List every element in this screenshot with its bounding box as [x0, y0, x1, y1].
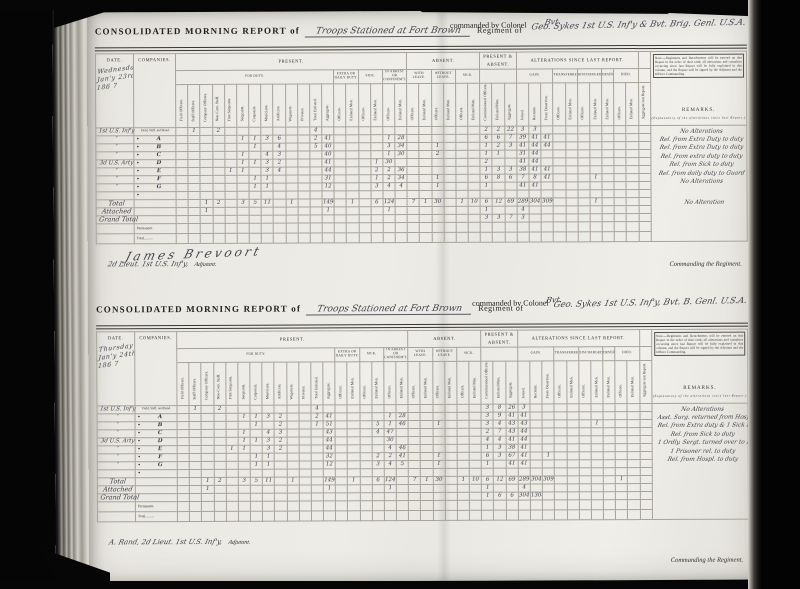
data-cell: [214, 429, 226, 437]
data-cell: [456, 126, 468, 134]
data-cell: [396, 468, 408, 476]
data-cell: 41: [518, 460, 530, 468]
data-cell: [176, 159, 188, 167]
data-cell: [177, 437, 189, 445]
data-cell: 34: [395, 142, 407, 150]
data-cell: [615, 451, 627, 459]
data-cell: [263, 501, 275, 511]
data-cell: [226, 429, 238, 437]
data-cell: [541, 181, 553, 189]
data-cell: [275, 453, 287, 461]
data-cell: [275, 477, 287, 485]
data-cell: [555, 509, 567, 519]
data-cell: [457, 420, 469, 428]
data-cell: [371, 232, 383, 242]
data-cell: [638, 157, 651, 165]
data-cell: [201, 413, 213, 421]
data-cell: 6: [371, 198, 383, 206]
data-cell: [626, 197, 638, 205]
form-title-row: CONSOLIDATED MORNING REPORT of Troops St…: [95, 24, 747, 47]
data-cell: [553, 149, 565, 157]
data-cell: [214, 511, 226, 521]
data-cell: [225, 183, 237, 191]
data-cell: [336, 500, 348, 510]
commanded-by-label: commanded by Colonel: [472, 298, 548, 307]
company-cell: C: [135, 429, 177, 437]
data-cell: [614, 165, 626, 173]
data-cell: 1: [480, 142, 492, 150]
remark-line: Rel. from daily duty to Guard: [656, 169, 748, 178]
data-cell: [505, 150, 517, 158]
column-subgroup-header: EXTRA OR DAILY DUTY.: [335, 347, 359, 361]
data-cell: 44: [518, 428, 530, 436]
data-cell: [626, 205, 638, 213]
data-cell: [323, 510, 335, 520]
data-cell: 1: [237, 159, 249, 167]
data-cell: [567, 411, 579, 419]
data-cell: [468, 126, 480, 134]
data-cell: [322, 232, 334, 242]
data-cell: 1: [322, 206, 334, 214]
data-cell: [384, 468, 396, 476]
data-cell: [591, 451, 603, 459]
morning-report-form-2: CONSOLIDATED MORNING REPORT of Troops St…: [96, 302, 749, 553]
data-cell: [640, 411, 653, 419]
data-cell: 1: [371, 174, 383, 182]
data-cell: 51: [323, 420, 335, 428]
data-cell: [626, 173, 638, 181]
data-cell: [555, 467, 567, 475]
column-label-vertical: Enlisted Men.: [566, 360, 578, 403]
data-cell: [603, 451, 615, 459]
data-cell: [299, 493, 311, 501]
data-cell: 10: [468, 198, 480, 206]
data-cell: [566, 221, 578, 231]
column-subgroup-header: GAIN.: [516, 68, 553, 82]
company-cell: G: [134, 183, 176, 191]
data-cell: [176, 233, 188, 243]
data-cell: [238, 501, 250, 511]
data-cell: [590, 205, 602, 213]
data-cell: [287, 429, 299, 437]
data-cell: 2: [480, 126, 492, 134]
data-cell: [421, 492, 433, 500]
data-cell: [590, 157, 602, 165]
data-cell: 2: [213, 405, 225, 413]
data-cell: 44: [323, 436, 335, 444]
data-cell: 43: [506, 420, 518, 428]
unit-script-cell: 3d U.S. Arty: [95, 159, 134, 167]
company-cell: F: [135, 453, 177, 461]
data-cell: [371, 150, 383, 158]
data-cell: [542, 435, 554, 443]
data-cell: [591, 483, 603, 491]
data-cell: [639, 213, 652, 221]
data-cell: [603, 491, 615, 499]
data-cell: [505, 182, 517, 190]
data-cell: [444, 166, 456, 174]
column-label-vertical: Staff Officers.: [189, 362, 201, 405]
data-cell: [554, 419, 566, 427]
data-cell: [565, 165, 577, 173]
data-cell: [456, 142, 468, 150]
data-cell: 2: [492, 142, 504, 150]
column-label-vertical: Company Officers.: [200, 84, 212, 127]
data-cell: [176, 207, 188, 215]
data-cell: [285, 135, 297, 143]
data-cell: [591, 443, 603, 451]
data-cell: [591, 403, 603, 411]
data-cell: 1: [383, 206, 395, 214]
data-cell: [371, 126, 383, 134]
data-cell: [273, 183, 285, 191]
data-cell: [579, 467, 591, 475]
data-cell: [250, 445, 262, 453]
data-cell: [603, 443, 615, 451]
data-cell: [249, 233, 261, 243]
data-cell: [614, 133, 626, 141]
data-cell: [445, 444, 457, 452]
data-cell: [311, 476, 323, 484]
data-cell: [639, 181, 652, 189]
data-cell: [494, 510, 506, 520]
data-cell: [638, 141, 651, 149]
data-cell: [614, 173, 626, 181]
data-cell: 4: [518, 484, 530, 492]
data-cell: [214, 437, 226, 445]
data-cell: 2: [480, 158, 492, 166]
data-cell: [419, 134, 431, 142]
data-cell: [346, 134, 358, 142]
data-cell: [566, 181, 578, 189]
remark-line: Rel. from Extra duty & 1 Sick to duty: [657, 422, 749, 431]
data-cell: [468, 182, 480, 190]
company-cell: E: [134, 167, 176, 175]
data-cell: 5: [310, 142, 322, 150]
column-label-vertical: Officers.: [577, 82, 589, 125]
data-cell: 4: [311, 404, 323, 412]
data-cell: [579, 483, 591, 491]
data-cell: [614, 125, 626, 133]
data-cell: [456, 134, 468, 142]
data-cell: [372, 500, 384, 510]
column-label-vertical: Officers.: [408, 361, 420, 404]
data-cell: [297, 127, 309, 135]
data-cell: [457, 452, 469, 460]
data-cell: [299, 405, 311, 413]
data-cell: [433, 412, 445, 420]
data-cell: [238, 469, 250, 477]
column-subgroup-header: FOR DUTY.: [176, 69, 334, 84]
column-group-header: PRESENT.: [175, 52, 406, 70]
column-subgroup-header: DISCHARGED.: [578, 346, 602, 360]
company-cell: D: [135, 437, 177, 445]
data-cell: [456, 166, 468, 174]
data-cell: [579, 459, 591, 467]
data-cell: 4: [310, 126, 322, 134]
data-cell: [298, 207, 310, 215]
adjutant-rank-script: 2d Lieut. 1st U.S. Inf'y,: [107, 260, 190, 268]
data-cell: [323, 468, 335, 476]
data-cell: [177, 501, 189, 511]
data-cell: 1: [237, 167, 249, 175]
column-subgroup-header: DIED.: [614, 68, 638, 82]
data-cell: [372, 492, 384, 500]
column-label-vertical: Officers.: [614, 82, 626, 125]
data-cell: [407, 126, 419, 134]
column-label-vertical: Field Officers.: [177, 362, 189, 405]
data-cell: 1: [384, 412, 396, 420]
data-cell: [358, 134, 370, 142]
data-cell: 3: [481, 420, 493, 428]
data-cell: [396, 404, 408, 412]
data-cell: [480, 190, 492, 198]
column-label-vertical: Officers.: [334, 83, 346, 126]
column-label-vertical: Enlisted Men.: [420, 361, 432, 404]
data-cell: [469, 484, 481, 492]
data-cell: [238, 421, 250, 429]
data-cell: [421, 468, 433, 476]
data-cell: [518, 468, 530, 476]
data-cell: [335, 436, 347, 444]
data-cell: [567, 427, 579, 435]
data-cell: [615, 459, 627, 467]
data-cell: [274, 215, 286, 223]
company-cell: [134, 191, 176, 199]
data-cell: [445, 428, 457, 436]
data-cell: [372, 404, 384, 412]
data-cell: [567, 443, 579, 451]
data-cell: 41: [541, 173, 553, 181]
data-cell: [419, 166, 431, 174]
data-cell: [177, 461, 189, 469]
data-cell: [638, 149, 651, 157]
data-cell: [432, 190, 444, 198]
data-cell: [566, 197, 578, 205]
data-cell: 1: [323, 484, 335, 492]
data-cell: 1: [590, 173, 602, 181]
data-cell: 2: [274, 421, 286, 429]
data-cell: 1: [311, 420, 323, 428]
data-cell: [602, 173, 614, 181]
data-cell: 1: [433, 452, 445, 460]
data-cell: [395, 158, 407, 166]
data-cell: 1: [250, 453, 262, 461]
data-cell: [407, 166, 419, 174]
data-cell: 1: [482, 492, 494, 500]
data-cell: 12: [493, 198, 505, 206]
data-cell: 1: [431, 142, 443, 150]
data-cell: 38: [517, 166, 529, 174]
morning-report-table: DATE.WednesdayJan'y 23rd186 7COMPANIES.P…: [95, 50, 748, 244]
data-cell: [591, 427, 603, 435]
data-cell: [614, 197, 626, 205]
data-cell: [494, 500, 506, 510]
data-cell: [334, 158, 346, 166]
column-label-vertical: Aggregate last Report.: [639, 360, 652, 403]
data-cell: [628, 491, 640, 499]
data-cell: [262, 405, 274, 413]
data-cell: [336, 476, 348, 484]
data-cell: [640, 491, 653, 499]
data-cell: [346, 158, 358, 166]
data-cell: [420, 232, 432, 242]
unit-script-cell: ″: [97, 445, 136, 453]
data-cell: [347, 206, 359, 214]
data-cell: [555, 459, 567, 467]
data-cell: [226, 421, 238, 429]
data-cell: 4: [481, 436, 493, 444]
data-cell: [286, 223, 298, 233]
data-cell: [346, 174, 358, 182]
data-cell: [188, 167, 200, 175]
remark-line: No Alterations: [657, 405, 749, 414]
data-cell: 3: [261, 167, 273, 175]
column-label-vertical: Commissioned Officers.: [480, 83, 492, 126]
data-cell: [249, 127, 261, 135]
data-cell: [541, 231, 553, 241]
data-cell: [201, 429, 213, 437]
column-label-vertical: Officers.: [384, 361, 396, 404]
column-label-vertical: Enlisted Men.: [468, 83, 480, 126]
data-cell: [579, 443, 591, 451]
data-cell: 11: [262, 477, 274, 485]
unit-script-cell: ″: [97, 421, 136, 429]
data-cell: [322, 126, 334, 134]
data-cell: [433, 404, 445, 412]
data-cell: [202, 501, 214, 511]
column-subgroup-header: DIED.: [615, 346, 639, 360]
data-cell: 44: [518, 436, 530, 444]
column-label-vertical: Enlisted Men.: [591, 360, 603, 403]
data-cell: [493, 190, 505, 198]
data-cell: [419, 174, 431, 182]
data-cell: [433, 500, 445, 510]
data-cell: [250, 469, 262, 477]
data-cell: [590, 181, 602, 189]
data-cell: [299, 485, 311, 493]
data-cell: 2: [274, 437, 286, 445]
data-cell: [214, 501, 226, 511]
data-cell: [603, 419, 615, 427]
data-cell: [287, 421, 299, 429]
data-cell: [408, 428, 420, 436]
data-cell: 1: [421, 476, 433, 484]
data-cell: [310, 214, 322, 222]
data-cell: [311, 428, 323, 436]
data-cell: 4: [494, 420, 506, 428]
data-cell: [249, 207, 261, 215]
data-cell: [445, 492, 457, 500]
column-label-vertical: Field Officers.: [176, 84, 188, 127]
data-cell: [419, 158, 431, 166]
data-cell: [188, 207, 200, 215]
data-cell: [554, 403, 566, 411]
data-cell: [639, 189, 652, 197]
data-cell: [176, 215, 188, 223]
data-cell: [541, 149, 553, 157]
data-cell: 2: [214, 477, 226, 485]
data-cell: [603, 483, 615, 491]
data-cell: [468, 150, 480, 158]
data-cell: [190, 493, 202, 501]
commanding-regiment-label-1: Commanding the Regiment.: [669, 260, 741, 267]
data-cell: [372, 444, 384, 452]
data-cell: [285, 143, 297, 151]
data-cell: [311, 500, 323, 510]
data-cell: [238, 461, 250, 469]
remark-line: No Alterations: [655, 127, 747, 136]
column-label-vertical: Officers.: [358, 83, 370, 126]
data-cell: [335, 468, 347, 476]
data-cell: [334, 206, 346, 214]
column-label-vertical: Sergeants.: [238, 362, 250, 405]
data-cell: [627, 435, 639, 443]
data-cell: 4: [372, 428, 384, 436]
data-cell: 41: [517, 182, 529, 190]
footer-date-cell: [97, 501, 135, 511]
data-cell: 124: [383, 198, 395, 206]
data-cell: [274, 223, 286, 233]
data-cell: [602, 221, 614, 231]
data-cell: [541, 157, 553, 165]
data-cell: 1: [238, 429, 250, 437]
data-cell: [445, 420, 457, 428]
data-cell: [541, 213, 553, 221]
data-cell: [506, 484, 518, 492]
data-cell: [628, 451, 640, 459]
data-cell: [274, 233, 286, 243]
data-cell: [444, 182, 456, 190]
data-cell: [553, 125, 565, 133]
data-cell: [591, 467, 603, 475]
data-cell: [553, 189, 565, 197]
morning-report-table: DATE.ThursdayJan'y 24th186 7COMPANIES.PR…: [96, 328, 749, 522]
data-cell: 41: [541, 165, 553, 173]
data-cell: [542, 411, 554, 419]
data-cell: [224, 135, 236, 143]
data-cell: [602, 165, 614, 173]
data-cell: [225, 223, 237, 233]
unit-script-cell: ″: [95, 151, 134, 159]
data-cell: [360, 404, 372, 412]
data-cell: [626, 141, 638, 149]
data-cell: 1: [249, 175, 261, 183]
data-cell: [408, 412, 420, 420]
data-cell: [433, 510, 445, 520]
data-cell: [226, 461, 238, 469]
company-cell: B: [135, 421, 177, 429]
column-label-vertical: Officers.: [359, 361, 371, 404]
data-cell: [395, 232, 407, 242]
column-label-vertical: Aggregate.: [504, 83, 516, 126]
data-cell: [456, 182, 468, 190]
form-title-row: CONSOLIDATED MORNING REPORT of Troops St…: [96, 302, 748, 325]
data-cell: [421, 452, 433, 460]
data-cell: [396, 476, 408, 484]
column-label-vertical: Aggregate.: [505, 361, 517, 404]
data-cell: [529, 214, 541, 222]
date-column-header: DATE.WednesdayJan'y 23rd186 7: [95, 53, 133, 127]
data-cell: [530, 468, 542, 476]
data-cell: [226, 437, 238, 445]
data-cell: [579, 435, 591, 443]
data-cell: [433, 428, 445, 436]
column-label-vertical: From Desertion.: [542, 360, 554, 403]
data-cell: [250, 405, 262, 413]
data-cell: [335, 428, 347, 436]
data-cell: [444, 150, 456, 158]
